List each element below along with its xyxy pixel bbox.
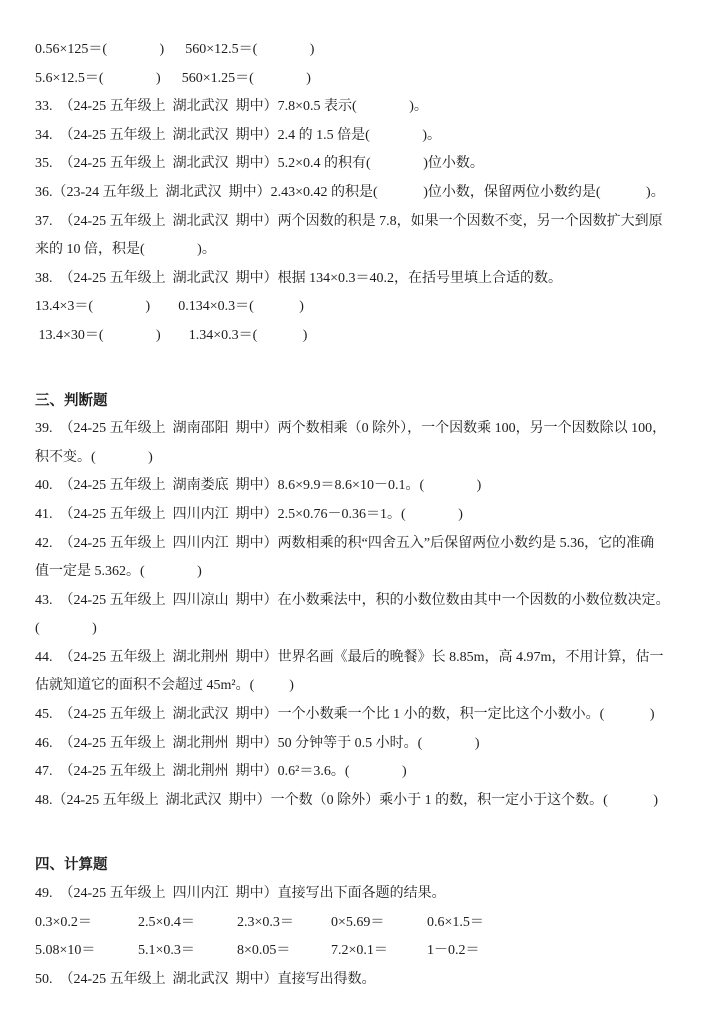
worksheet-line: 来的 10 倍，积是( )。: [35, 236, 720, 265]
worksheet-line: 13.4×30＝( ) 1.34×0.3＝( ): [35, 322, 720, 351]
worksheet-line: 33. （24-25 五年级上 湖北武汉 期中）7.8×0.5 表示( )。: [35, 93, 720, 122]
worksheet-line: 47. （24-25 五年级上 湖北荆州 期中）0.6²＝3.6。( ): [35, 758, 720, 787]
section-heading: 四、计算题: [35, 851, 720, 880]
worksheet-line: 48.（24-25 五年级上 湖北武汉 期中）一个数（0 除外）乘小于 1 的数…: [35, 787, 720, 816]
worksheet-line: 37. （24-25 五年级上 湖北武汉 期中）两个因数的积是 7.8，如果一个…: [35, 208, 720, 237]
calc-expression: 0.6×1.5＝: [427, 909, 484, 938]
calc-row: 5.08×10＝5.1×0.3＝8×0.05＝7.2×0.1＝1－0.2＝: [35, 937, 720, 966]
worksheet-line: 估就知道它的面积不会超过 45m²。( ): [35, 672, 720, 701]
worksheet-line: 45. （24-25 五年级上 湖北武汉 期中）一个小数乘一个比 1 小的数，积…: [35, 701, 720, 730]
worksheet-line: 34. （24-25 五年级上 湖北武汉 期中）2.4 的 1.5 倍是( )。: [35, 122, 720, 151]
worksheet-line: 43. （24-25 五年级上 四川凉山 期中）在小数乘法中，积的小数位数由其中…: [35, 587, 720, 616]
worksheet-line: 13.4×3＝( ) 0.134×0.3＝( ): [35, 293, 720, 322]
worksheet-line: 0.56×125＝( ) 560×12.5＝( ): [35, 36, 720, 65]
worksheet-page: 0.56×125＝( ) 560×12.5＝( )5.6×12.5＝( ) 56…: [0, 0, 724, 1024]
calc-expression: 7.2×0.1＝: [331, 937, 427, 966]
worksheet-body: 0.56×125＝( ) 560×12.5＝( )5.6×12.5＝( ) 56…: [35, 36, 720, 994]
worksheet-line: 35. （24-25 五年级上 湖北武汉 期中）5.2×0.4 的积有( )位小…: [35, 150, 720, 179]
calc-expression: 5.08×10＝: [35, 937, 138, 966]
calc-expression: 8×0.05＝: [237, 937, 331, 966]
section-heading: 三、判断题: [35, 387, 720, 416]
worksheet-line: 值一定是 5.362。( ): [35, 558, 720, 587]
worksheet-line: 41. （24-25 五年级上 四川内江 期中）2.5×0.76－0.36＝1。…: [35, 501, 720, 530]
calc-expression: 2.5×0.4＝: [138, 909, 237, 938]
calc-expression: 0.3×0.2＝: [35, 909, 138, 938]
worksheet-line: 40. （24-25 五年级上 湖南娄底 期中）8.6×9.9＝8.6×10－0…: [35, 472, 720, 501]
calc-expression: 5.1×0.3＝: [138, 937, 237, 966]
worksheet-line: 42. （24-25 五年级上 四川内江 期中）两数相乘的积“四舍五入”后保留两…: [35, 530, 720, 559]
worksheet-line: 49. （24-25 五年级上 四川内江 期中）直接写出下面各题的结果。: [35, 880, 720, 909]
calc-expression: 2.3×0.3＝: [237, 909, 331, 938]
worksheet-line: 38. （24-25 五年级上 湖北武汉 期中）根据 134×0.3＝40.2，…: [35, 265, 720, 294]
worksheet-line: 44. （24-25 五年级上 湖北荆州 期中）世界名画《最后的晚餐》长 8.8…: [35, 644, 720, 673]
calc-expression: 0×5.69＝: [331, 909, 427, 938]
calc-expression: 1－0.2＝: [427, 937, 480, 966]
worksheet-line: 36.（23-24 五年级上 湖北武汉 期中）2.43×0.42 的积是( )位…: [35, 179, 720, 208]
worksheet-line: 39. （24-25 五年级上 湖南邵阳 期中）两个数相乘（0 除外），一个因数…: [35, 415, 720, 444]
worksheet-line: 积不变。( ): [35, 444, 720, 473]
worksheet-line: 5.6×12.5＝( ) 560×1.25＝( ): [35, 65, 720, 94]
calc-row: 0.3×0.2＝2.5×0.4＝2.3×0.3＝0×5.69＝0.6×1.5＝: [35, 909, 720, 938]
worksheet-line: ( ): [35, 615, 720, 644]
worksheet-line: 46. （24-25 五年级上 湖北荆州 期中）50 分钟等于 0.5 小时。(…: [35, 730, 720, 759]
worksheet-line: 50. （24-25 五年级上 湖北武汉 期中）直接写出得数。: [35, 966, 720, 995]
